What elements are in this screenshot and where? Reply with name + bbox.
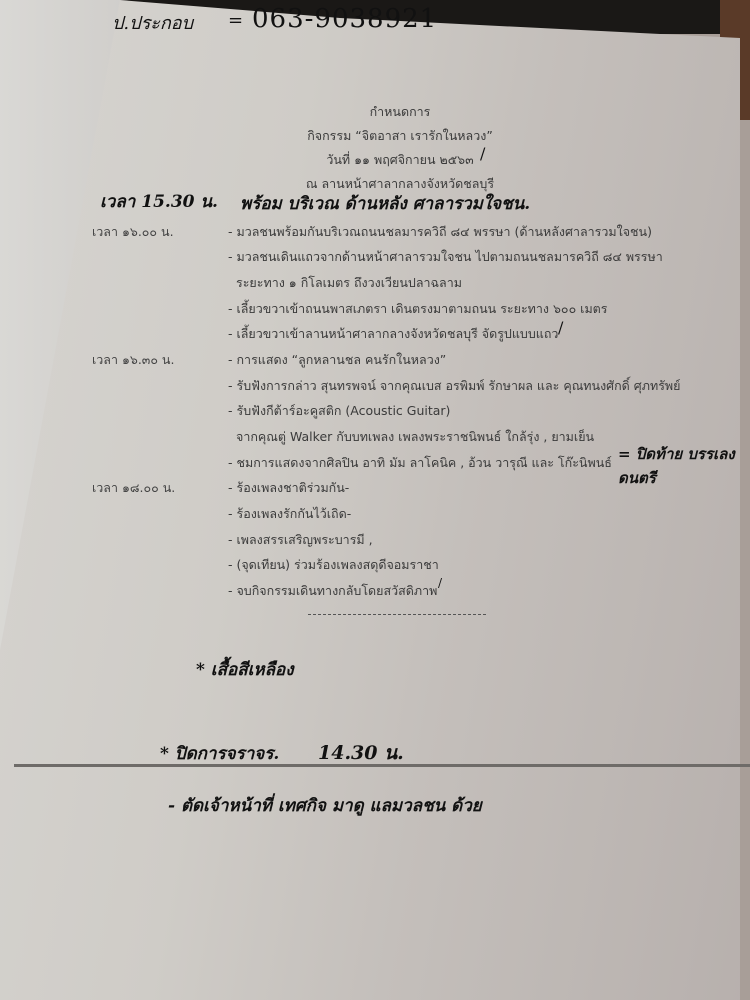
handwritten-phone: 063-9038921 <box>252 4 437 34</box>
check-mark-icon: / <box>558 318 563 337</box>
schedule-item: จากคุณตู่ Walker กับบทเพลง เพลงพระราชนิพ… <box>236 427 594 447</box>
handwritten-label: ป.ประกอบ <box>112 8 193 37</box>
schedule-item: - จบกิจกรรมเดินทางกลับโดยสวัสดิภาพ <box>228 581 437 601</box>
schedule-time-2: เวลา ๑๖.๓๐ น. <box>92 350 174 370</box>
handwritten-note-officers: - ตัดเจ้าหน้าที่ เทศกิจ มาดู แลมวลชน ด้ว… <box>168 792 482 819</box>
schedule-item: - เลี้ยวขวาเข้าลานหน้าศาลากลางจังหวัดชลบ… <box>228 324 558 344</box>
handwritten-assembly-note: พร้อม บริเวณ ด้านหลัง ศาลารวมใจชน. <box>240 190 530 217</box>
handwritten-annotation: = ปิดท้าย บรรเลงดนตรี <box>618 442 750 490</box>
handwritten-time: เวลา 15.30 น. <box>100 188 218 215</box>
schedule-item: - การแสดง “ลูกหลานชล คนรักในหลวง” <box>228 350 446 370</box>
dashed-divider <box>308 614 486 615</box>
schedule-item: - ร้องเพลงรักกันไว้เถิด- <box>228 504 351 524</box>
handwritten-separator: = <box>228 10 243 31</box>
schedule-item: - เลี้ยวขวาเข้าถนนพาสเภตรา เดินตรงมาตามถ… <box>228 299 608 319</box>
schedule-item: - (จุดเทียน) ร่วมร้องเพลงสดุดีจอมราชา <box>228 555 439 575</box>
schedule-time-3: เวลา ๑๘.๐๐ น. <box>92 478 175 498</box>
schedule-item: - มวลชนเดินแถวจากด้านหน้าศาลารวมใจชน ไปต… <box>228 247 663 267</box>
check-mark-icon: / <box>438 576 442 590</box>
schedule-item: - มวลชนพร้อมกันบริเวณถนนชลมารควิถี ๘๔ พร… <box>228 222 652 242</box>
schedule-item: - รับฟังการกล่าว สุนทรพจน์ จากคุณเบส อรพ… <box>228 376 680 396</box>
schedule-item: - รับฟังกีต้าร์อะคูสติก (Acoustic Guitar… <box>228 401 450 421</box>
check-mark-icon: / <box>480 144 485 163</box>
title-line-1: กำหนดการ <box>250 102 550 122</box>
schedule-item: - ชมการแสดงจากศิลปิน อาทิ มัม ลาโคนิค , … <box>228 453 612 473</box>
handwritten-note-traffic: * ปิดการจราจร. <box>160 740 279 767</box>
page-rule <box>14 764 750 767</box>
schedule-time-1: เวลา ๑๖.๐๐ น. <box>92 222 174 242</box>
schedule-item: ระยะทาง ๑ กิโลเมตร ถึงวงเวียนปลาฉลาม <box>236 273 462 293</box>
schedule-item: - ร้องเพลงชาติร่วมกัน- <box>228 478 349 498</box>
handwritten-note-yellow-shirt: * เสื้อสีเหลือง <box>196 656 294 683</box>
title-line-3: วันที่ ๑๑ พฤศจิกายน ๒๕๖๓ <box>250 150 550 170</box>
schedule-item: - เพลงสรรเสริญพระบารมี , <box>228 530 373 550</box>
title-line-2: กิจกรรม “จิตอาสา เรารักในหลวง” <box>250 126 550 146</box>
